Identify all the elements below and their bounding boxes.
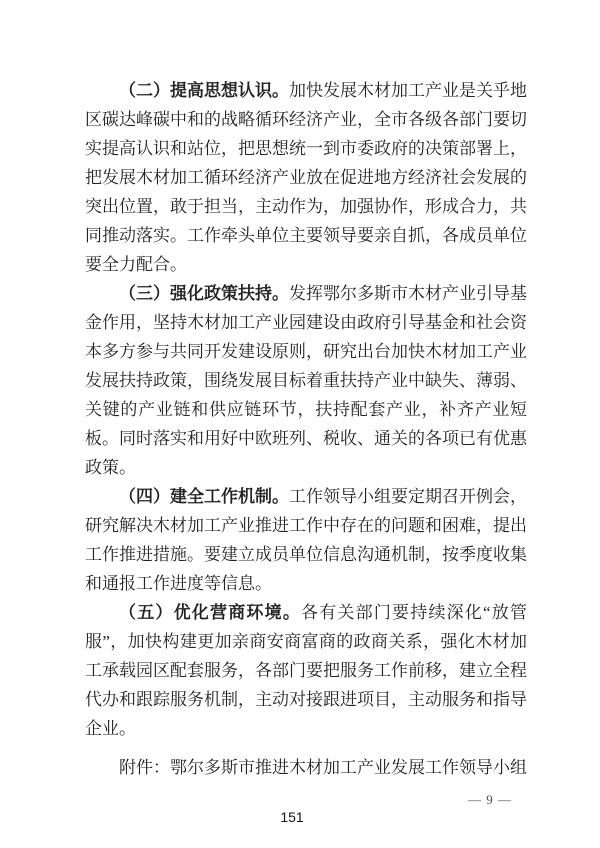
section-heading: （三）强化政策扶持。: [119, 284, 289, 303]
section-heading: （五）优化营商环境。: [119, 603, 301, 622]
paragraph-2: （二）提高思想认识。加快发展木材加工产业是关乎地区碳达峰碳中和的战略循环经济产业…: [85, 76, 527, 279]
page-number: — 9 —: [468, 792, 512, 808]
attachment-line: 附件：鄂尔多斯市推进木材加工产业发展工作领导小组: [85, 753, 527, 782]
paragraph-3: （三）强化政策扶持。发挥鄂尔多斯市木材产业引导基金作用，坚持木材加工产业园建设由…: [85, 279, 527, 482]
sheet-number: 151: [0, 808, 584, 826]
paragraph-5: （五）优化营商环境。各有关部门要持续深化“放管服”，加快构建更加亲商安商富商的政…: [85, 598, 527, 743]
document-page: （二）提高思想认识。加快发展木材加工产业是关乎地区碳达峰碳中和的战略循环经济产业…: [0, 0, 600, 848]
attachment-title: 鄂尔多斯市推进木材加工产业发展工作领导小组: [170, 758, 527, 777]
section-body: 各有关部门要持续深化“放管服”，加快构建更加亲商安商富商的政商关系，强化木材加工…: [85, 603, 527, 738]
section-heading: （二）提高思想认识。: [119, 81, 289, 100]
section-heading: （四）建全工作机制。: [119, 487, 289, 506]
section-body: 发挥鄂尔多斯市木材产业引导基金作用，坚持木材加工产业园建设由政府引导基金和社会资…: [85, 284, 527, 477]
document-body: （二）提高思想认识。加快发展木材加工产业是关乎地区碳达峰碳中和的战略循环经济产业…: [85, 76, 527, 782]
paragraph-4: （四）建全工作机制。工作领导小组要定期召开例会，研究解决木材加工产业推进工作中存…: [85, 482, 527, 598]
section-body: 加快发展木材加工产业是关乎地区碳达峰碳中和的战略循环经济产业，全市各级各部门要切…: [85, 81, 527, 274]
attachment-label: 附件：: [119, 758, 170, 777]
